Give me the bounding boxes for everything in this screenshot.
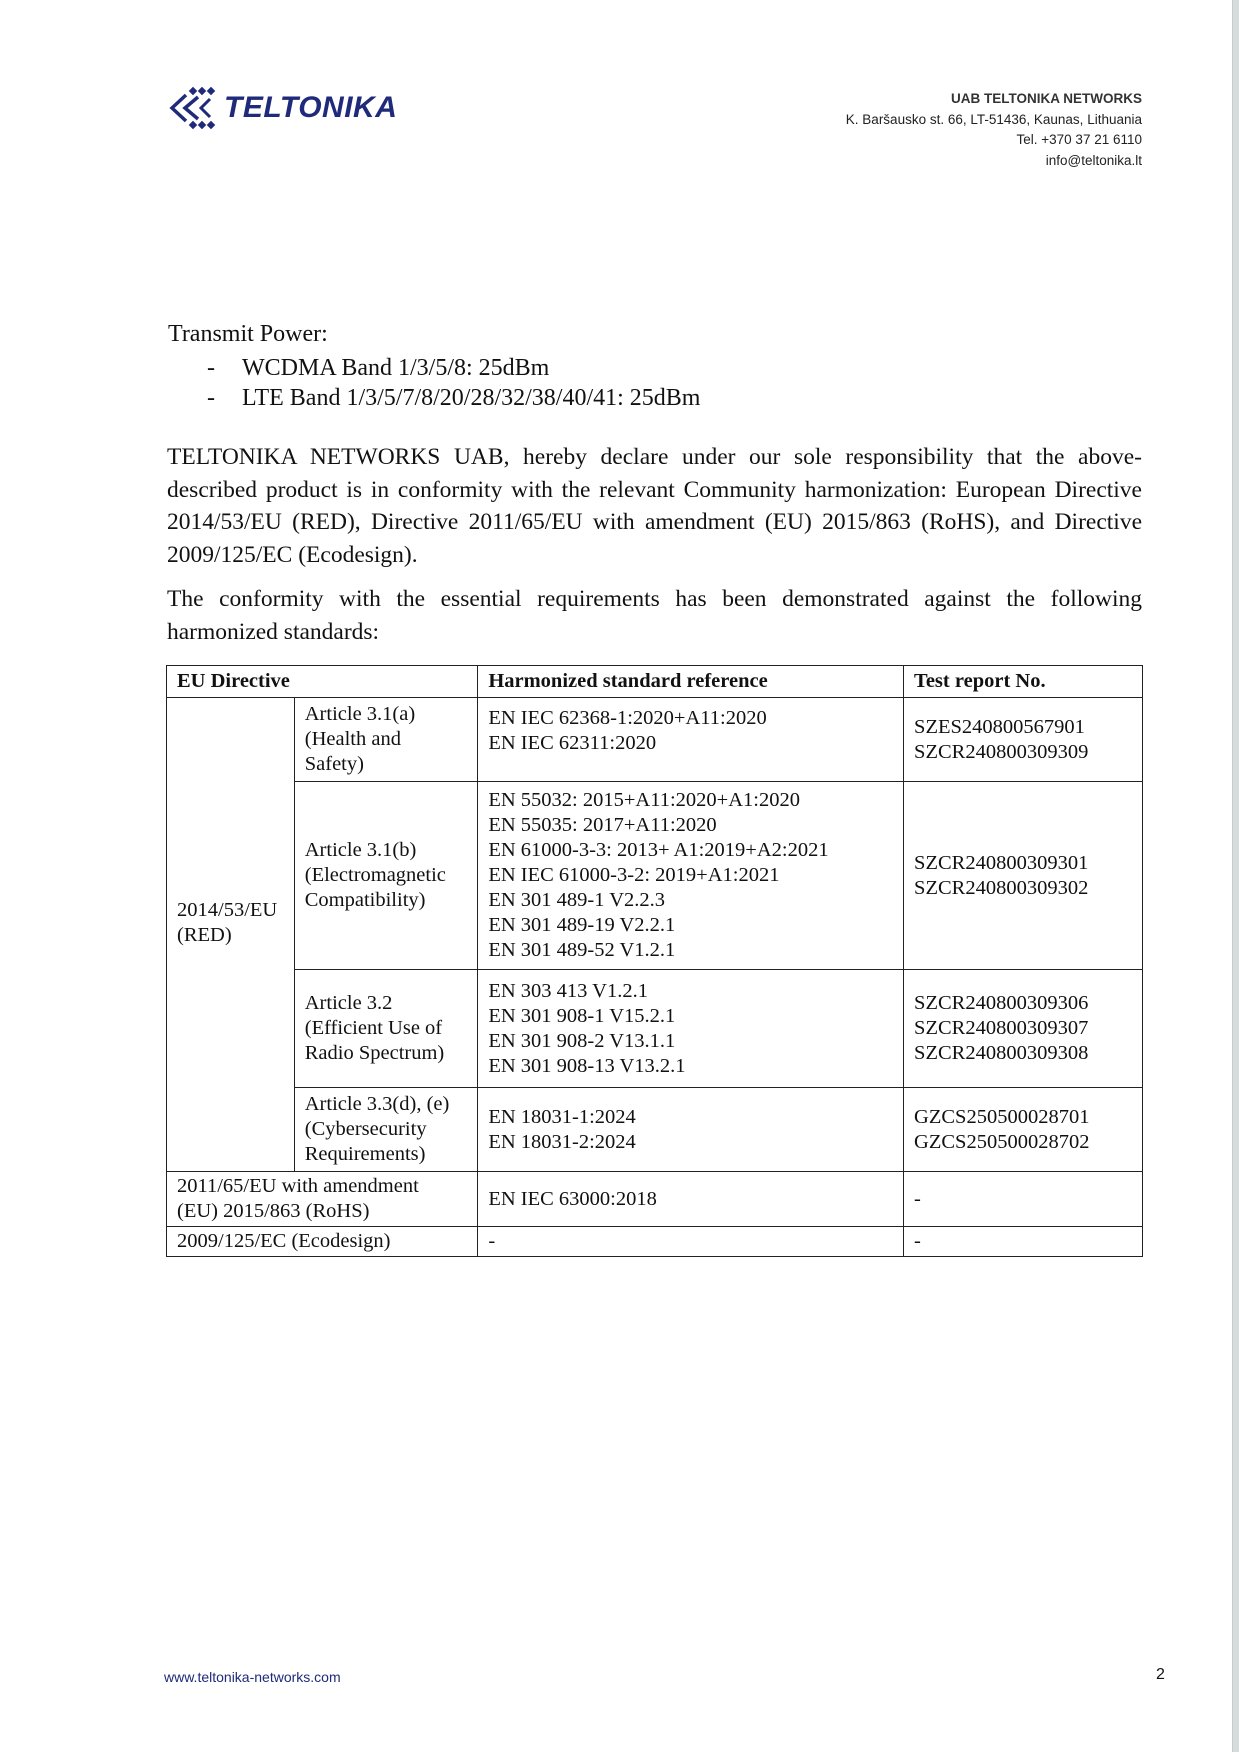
standard-line: EN 18031-2:2024: [488, 1130, 893, 1155]
report-line: GZCS250500028701: [914, 1105, 1132, 1130]
standard-line: EN 301 489-1 V2.2.3: [488, 888, 893, 913]
directive-line: 2011/65/EU with amendment: [177, 1174, 467, 1199]
list-item-text: WCDMA Band 1/3/5/8: 25dBm: [242, 353, 549, 383]
article-line: (Cybersecurity: [305, 1117, 468, 1142]
report-line: SZCR240800309302: [914, 876, 1132, 901]
standard-line: EN 301 489-19 V2.2.1: [488, 913, 893, 938]
article-cell: Article 3.3(d), (e) (Cybersecurity Requi…: [294, 1088, 478, 1172]
company-name: UAB TELTONIKA NETWORKS: [846, 89, 1142, 110]
report-line: GZCS250500028702: [914, 1130, 1132, 1155]
reports-cell: GZCS250500028701 GZCS250500028702: [904, 1088, 1143, 1172]
report-line: SZCR240800309306: [914, 991, 1132, 1016]
table-row: 2014/53/EU (RED) Article 3.1(a) (Health …: [167, 698, 1143, 782]
declaration-paragraph: TELTONIKA NETWORKS UAB, hereby declare u…: [167, 441, 1142, 571]
article-line: (Efficient Use of: [305, 1016, 468, 1041]
article-line: Safety): [305, 752, 468, 777]
rohs-standard-cell: EN IEC 63000:2018: [478, 1172, 904, 1227]
ecodesign-directive-cell: 2009/125/EC (Ecodesign): [167, 1227, 478, 1257]
report-line: SZCR240800309308: [914, 1041, 1132, 1066]
standard-line: EN 303 413 V1.2.1: [488, 979, 893, 1004]
standards-cell: EN 18031-1:2024 EN 18031-2:2024: [478, 1088, 904, 1172]
company-address: K. Baršausko st. 66, LT-51436, Kaunas, L…: [846, 110, 1142, 131]
report-line: SZCR240800309307: [914, 1016, 1132, 1041]
table-row: Article 3.3(d), (e) (Cybersecurity Requi…: [167, 1088, 1143, 1172]
article-line: Article 3.1(b): [305, 838, 468, 863]
company-contact-block: UAB TELTONIKA NETWORKS K. Baršausko st. …: [846, 89, 1142, 171]
article-line: (Health and: [305, 727, 468, 752]
footer-website-link[interactable]: www.teltonika-networks.com: [164, 1669, 341, 1685]
page-number: 2: [1156, 1666, 1165, 1684]
article-line: (Electromagnetic: [305, 863, 468, 888]
list-bullet: -: [168, 383, 242, 413]
table-row: Article 3.1(b) (Electromagnetic Compatib…: [167, 782, 1143, 970]
article-line: Article 3.2: [305, 991, 468, 1016]
article-line: Requirements): [305, 1142, 468, 1167]
reports-cell: SZCR240800309301 SZCR240800309302: [904, 782, 1143, 970]
standard-line: EN 301 908-13 V13.2.1: [488, 1054, 893, 1079]
header-eu-directive: EU Directive: [167, 666, 478, 698]
ecodesign-report-cell: -: [904, 1227, 1143, 1257]
company-phone: Tel. +370 37 21 6110: [846, 130, 1142, 151]
teltonika-chevron-diamonds-icon: [166, 86, 222, 130]
transmit-power-list: - WCDMA Band 1/3/5/8: 25dBm - LTE Band 1…: [168, 353, 700, 413]
company-logo: TELTONIKA: [166, 86, 397, 130]
standard-line: EN 301 908-1 V15.2.1: [488, 1004, 893, 1029]
page-edge-strip: [1232, 0, 1239, 1752]
article-line: Radio Spectrum): [305, 1041, 468, 1066]
company-email[interactable]: info@teltonika.lt: [846, 151, 1142, 172]
harmonized-standards-table: EU Directive Harmonized standard referen…: [166, 665, 1143, 1257]
standard-line: EN IEC 62311:2020: [488, 731, 893, 756]
standard-line: EN IEC 62368-1:2020+A11:2020: [488, 706, 893, 731]
standard-line: EN IEC 61000-3-2: 2019+A1:2021: [488, 863, 893, 888]
article-line: Article 3.3(d), (e): [305, 1092, 468, 1117]
article-line: Compatibility): [305, 888, 468, 913]
standard-line: EN 61000-3-3: 2013+ A1:2019+A2:2021: [488, 838, 893, 863]
rohs-directive-cell: 2011/65/EU with amendment (EU) 2015/863 …: [167, 1172, 478, 1227]
header-test-report: Test report No.: [904, 666, 1143, 698]
standard-line: EN 301 489-52 V1.2.1: [488, 938, 893, 963]
list-item: - LTE Band 1/3/5/7/8/20/28/32/38/40/41: …: [168, 383, 700, 413]
article-cell: Article 3.2 (Efficient Use of Radio Spec…: [294, 970, 478, 1088]
ecodesign-standard-cell: -: [478, 1227, 904, 1257]
reports-cell: SZES240800567901 SZCR240800309309: [904, 698, 1143, 782]
standards-cell: EN 303 413 V1.2.1 EN 301 908-1 V15.2.1 E…: [478, 970, 904, 1088]
report-line: SZES240800567901: [914, 715, 1132, 740]
standard-line: EN 18031-1:2024: [488, 1105, 893, 1130]
standard-line: EN 55035: 2017+A11:2020: [488, 813, 893, 838]
standards-cell: EN IEC 62368-1:2020+A11:2020 EN IEC 6231…: [478, 698, 904, 782]
list-bullet: -: [168, 353, 242, 383]
report-line: SZCR240800309309: [914, 740, 1132, 765]
header-harmonized-standard: Harmonized standard reference: [478, 666, 904, 698]
table-row: Article 3.2 (Efficient Use of Radio Spec…: [167, 970, 1143, 1088]
article-cell: Article 3.1(b) (Electromagnetic Compatib…: [294, 782, 478, 970]
list-item: - WCDMA Band 1/3/5/8: 25dBm: [168, 353, 700, 383]
standard-line: EN 55032: 2015+A11:2020+A1:2020: [488, 788, 893, 813]
standards-cell: EN 55032: 2015+A11:2020+A1:2020 EN 55035…: [478, 782, 904, 970]
standard-line: EN 301 908-2 V13.1.1: [488, 1029, 893, 1054]
rohs-report-cell: -: [904, 1172, 1143, 1227]
table-row: 2011/65/EU with amendment (EU) 2015/863 …: [167, 1172, 1143, 1227]
article-line: Article 3.1(a): [305, 702, 468, 727]
directive-line: 2014/53/EU: [177, 898, 284, 923]
transmit-power-title: Transmit Power:: [168, 321, 328, 348]
table-row: 2009/125/EC (Ecodesign) - -: [167, 1227, 1143, 1257]
report-line: SZCR240800309301: [914, 851, 1132, 876]
conformity-paragraph: The conformity with the essential requir…: [167, 583, 1142, 648]
table-header-row: EU Directive Harmonized standard referen…: [167, 666, 1143, 698]
list-item-text: LTE Band 1/3/5/7/8/20/28/32/38/40/41: 25…: [242, 383, 700, 413]
article-cell: Article 3.1(a) (Health and Safety): [294, 698, 478, 782]
directive-line: (RED): [177, 923, 284, 948]
directive-line: (EU) 2015/863 (RoHS): [177, 1199, 467, 1224]
red-directive-cell: 2014/53/EU (RED): [167, 698, 295, 1172]
logo-wordmark: TELTONIKA: [224, 91, 397, 125]
reports-cell: SZCR240800309306 SZCR240800309307 SZCR24…: [904, 970, 1143, 1088]
